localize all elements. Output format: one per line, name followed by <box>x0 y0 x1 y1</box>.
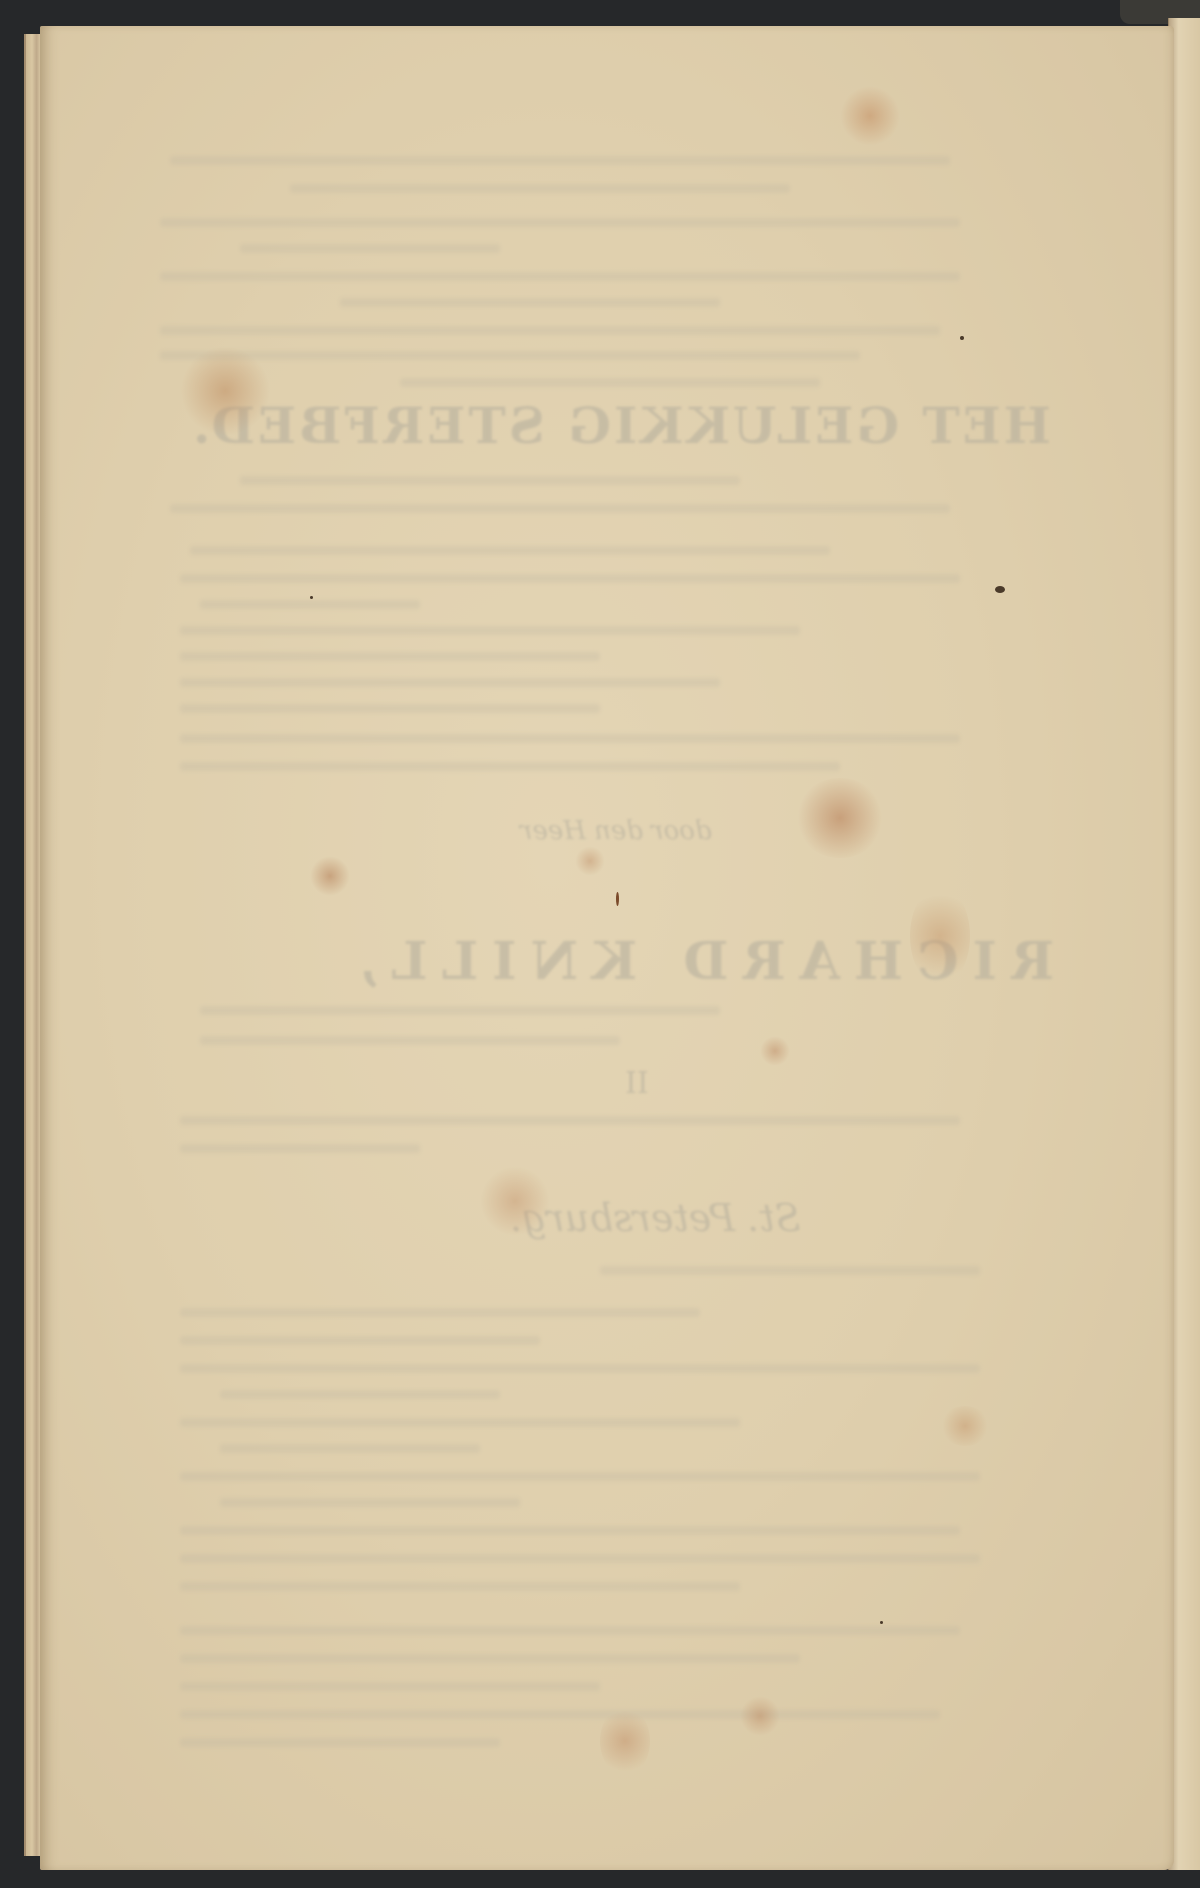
bleed-line <box>180 1308 700 1317</box>
foxing-stain <box>760 1036 790 1066</box>
foxing-stain <box>795 778 885 858</box>
bleed-line <box>160 326 940 335</box>
ink-fleck <box>960 336 964 340</box>
bleed-place: St. Petersburg. <box>510 1196 801 1240</box>
bleed-line <box>170 504 950 513</box>
bleed-numeral: II <box>625 1066 649 1101</box>
bleed-line <box>180 1738 500 1747</box>
foxing-stain <box>180 346 270 436</box>
foxing-stain <box>740 1696 780 1736</box>
foxing-stain <box>840 86 900 146</box>
bleed-line <box>180 762 840 771</box>
bleed-line <box>180 1582 740 1591</box>
bleed-line <box>400 378 820 387</box>
bleed-line <box>190 546 830 555</box>
bleed-line <box>180 1364 980 1373</box>
bleed-line <box>170 156 950 165</box>
bleed-line <box>180 1116 960 1125</box>
bleed-line <box>340 298 720 307</box>
bleed-line <box>180 1336 540 1345</box>
bleed-line <box>180 1626 960 1635</box>
ink-fleck <box>310 596 313 599</box>
bleed-title: HET GELUKKIG STERFBED. <box>190 396 1051 455</box>
bleed-line <box>180 678 720 687</box>
foxing-stain <box>480 1166 550 1236</box>
ink-fleck <box>995 586 1005 593</box>
bleed-line <box>180 1526 960 1535</box>
bleed-byline: door den Heer <box>520 816 712 846</box>
bleed-line <box>200 600 420 609</box>
foxing-stain <box>910 886 970 986</box>
bleed-line <box>200 1006 720 1015</box>
bleed-line <box>180 574 960 583</box>
bleed-line <box>220 1390 500 1399</box>
bleed-line <box>180 652 600 661</box>
bleed-line <box>220 1444 480 1453</box>
foxing-stain <box>310 856 350 896</box>
bleed-line <box>240 476 740 485</box>
bleed-line <box>290 184 790 193</box>
bleed-line <box>600 1266 980 1275</box>
bleed-line <box>180 704 600 713</box>
bleed-line <box>180 1144 420 1153</box>
bleed-line <box>240 244 500 253</box>
bleed-line <box>180 1654 800 1663</box>
bleed-line <box>180 626 800 635</box>
bleed-line <box>180 1472 980 1481</box>
bleed-line <box>160 218 960 227</box>
bleed-line <box>160 272 960 281</box>
foxing-stain <box>600 1706 650 1776</box>
bleed-line <box>180 1554 980 1563</box>
ink-fleck <box>616 892 619 906</box>
foxing-stain <box>940 1406 990 1446</box>
foxing-stain <box>575 846 605 876</box>
bleed-line <box>200 1036 620 1045</box>
bleed-line <box>180 1418 740 1427</box>
ink-fleck <box>880 1621 883 1624</box>
bleed-line <box>160 351 860 360</box>
book-page: HET GELUKKIG STERFBED. door den Heer RIC… <box>40 26 1174 1870</box>
bleed-line <box>220 1498 520 1507</box>
bleed-line <box>180 1682 600 1691</box>
bleed-line <box>180 734 960 743</box>
bleed-line <box>180 1710 940 1719</box>
